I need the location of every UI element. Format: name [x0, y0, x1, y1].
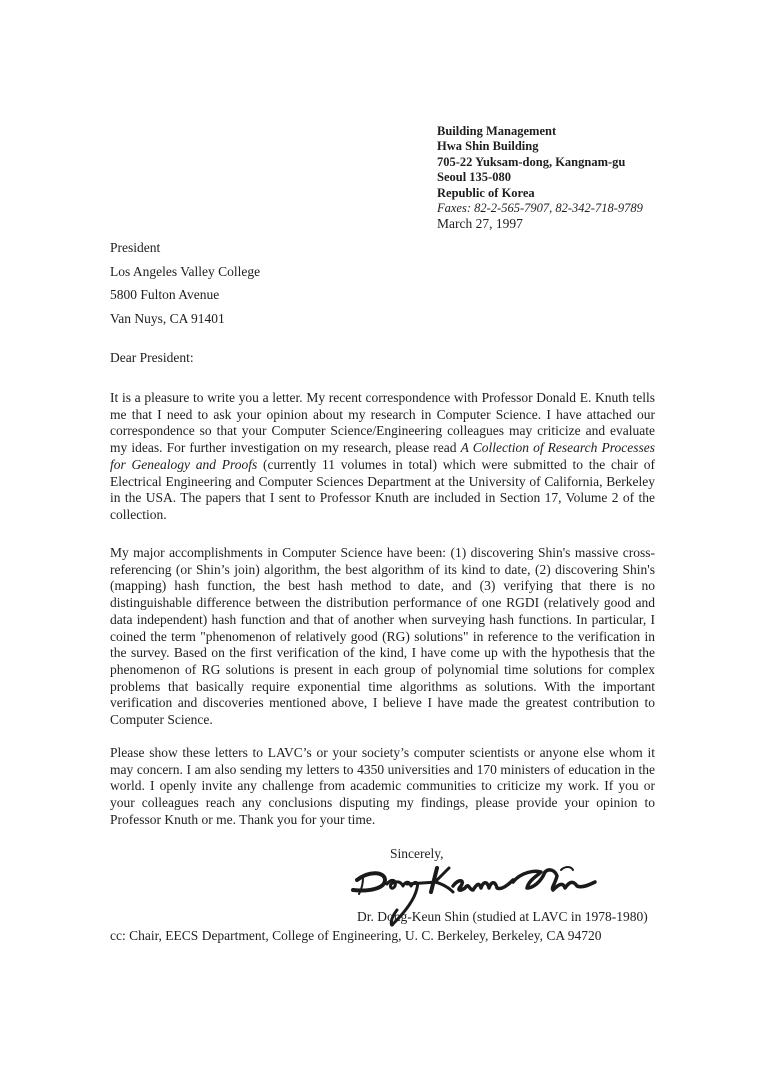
- sender-country: Republic of Korea: [437, 186, 737, 201]
- body-paragraph-1: It is a pleasure to write you a letter. …: [110, 390, 655, 524]
- recipient-title: President: [110, 236, 260, 260]
- signer-name: Dr. Dong-Keun Shin (studied at LAVC in 1…: [357, 909, 648, 925]
- body-paragraph-2: My major accomplishments in Computer Sci…: [110, 545, 655, 729]
- letter-date: March 27, 1997: [437, 216, 737, 232]
- recipient-street: 5800 Fulton Avenue: [110, 283, 260, 307]
- salutation: Dear President:: [110, 350, 194, 366]
- letter-page: Building Management Hwa Shin Building 70…: [0, 0, 760, 1073]
- sender-faxes: Faxes: 82-2-565-7907, 82-342-718-9789: [437, 201, 737, 216]
- sender-city: Seoul 135-080: [437, 170, 737, 185]
- sender-org: Building Management: [437, 124, 737, 139]
- sender-address-block: Building Management Hwa Shin Building 70…: [437, 124, 737, 232]
- recipient-institution: Los Angeles Valley College: [110, 260, 260, 284]
- recipient-address-block: President Los Angeles Valley College 580…: [110, 236, 260, 330]
- body-paragraph-3: Please show these letters to LAVC’s or y…: [110, 745, 655, 829]
- sender-building: Hwa Shin Building: [437, 139, 737, 154]
- recipient-city: Van Nuys, CA 91401: [110, 307, 260, 331]
- cc-line: cc: Chair, EECS Department, College of E…: [110, 928, 601, 944]
- sender-street: 705-22 Yuksam-dong, Kangnam-gu: [437, 155, 737, 170]
